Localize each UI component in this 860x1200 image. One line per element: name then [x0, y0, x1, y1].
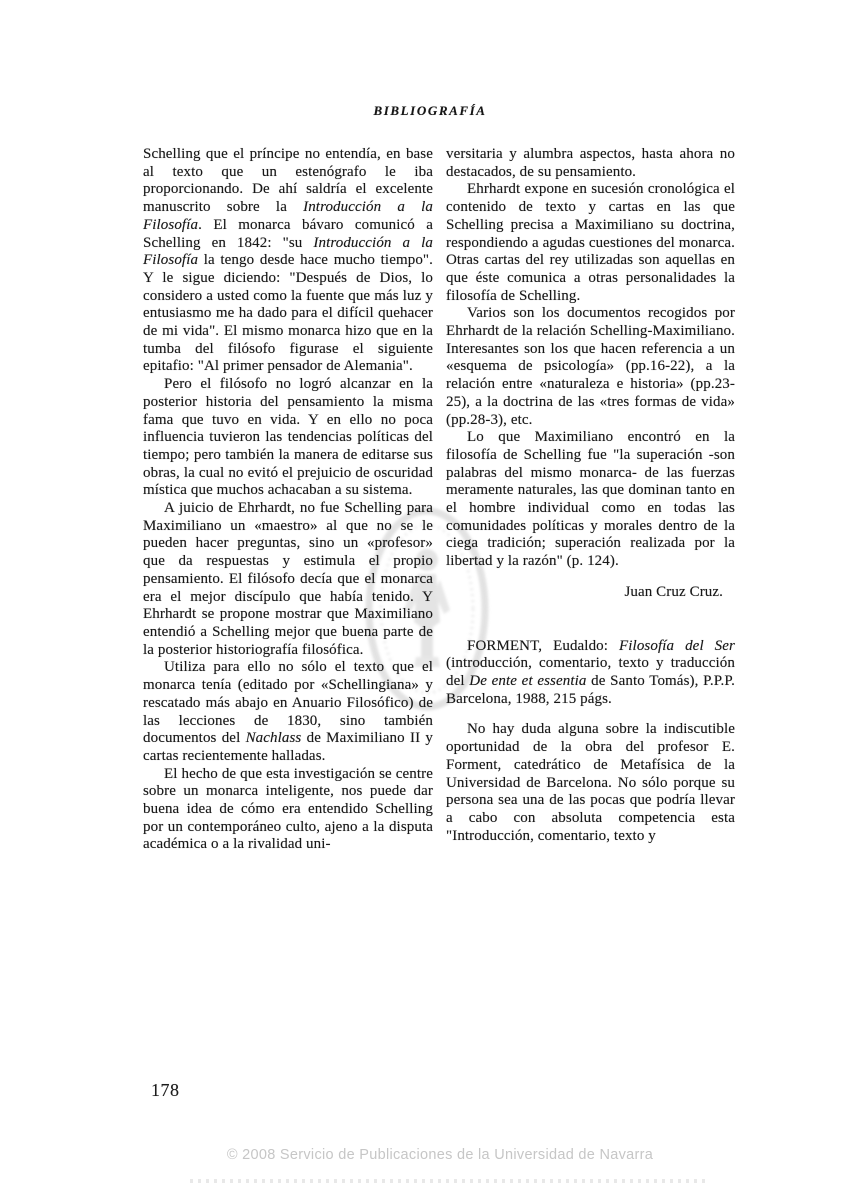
text-run: la tengo desde hace mucho tiempo". Y le …: [143, 252, 433, 374]
left-text-column: Schelling que el príncipe no entendía, e…: [143, 146, 433, 854]
italic-text: De ente et essentia: [469, 673, 586, 689]
paragraph: Utiliza para ello no sólo el texto que e…: [143, 659, 433, 765]
text-run: FORMENT, Eudaldo:: [467, 638, 619, 654]
author-signature: Juan Cruz Cruz.: [446, 584, 735, 602]
text-run: Varios son los documentos recogidos por …: [446, 305, 735, 427]
paragraph: A juicio de Ehrhardt, no fue Schelling p…: [143, 500, 433, 659]
text-run: Lo que Maximiliano encontró en la filoso…: [446, 429, 735, 569]
paragraph: Lo que Maximiliano encontró en la filoso…: [446, 429, 735, 571]
text-run: Pero el filósofo no logró alcanzar en la…: [143, 376, 433, 498]
text-run: No hay duda alguna sobre la indiscutible…: [446, 721, 735, 843]
paragraph: Varios son los documentos recogidos por …: [446, 305, 735, 429]
page-header-title: BIBLIOGRAFÍA: [0, 103, 860, 119]
text-run: versitaria y alumbra aspectos, hasta aho…: [446, 146, 735, 180]
paragraph: El hecho de que esta investigación se ce…: [143, 766, 433, 855]
paragraph: versitaria y alumbra aspectos, hasta aho…: [446, 146, 735, 181]
right-text-column: versitaria y alumbra aspectos, hasta aho…: [446, 146, 735, 845]
bibliography-entry: FORMENT, Eudaldo: Filosofía del Ser (int…: [446, 638, 735, 709]
text-run: Juan Cruz Cruz.: [624, 584, 723, 600]
text-run: A juicio de Ehrhardt, no fue Schelling p…: [143, 500, 433, 658]
italic-text: Filosofía del Ser: [619, 638, 735, 654]
italic-text: Nachlass: [246, 730, 302, 746]
paragraph: No hay duda alguna sobre la indiscutible…: [446, 721, 735, 845]
scanned-document-page: BIBLIOGRAFÍA Schelling que el príncipe n…: [0, 0, 860, 1200]
footer-faint-second-line: [190, 1179, 710, 1183]
paragraph: Schelling que el príncipe no entendía, e…: [143, 146, 433, 376]
paragraph: Pero el filósofo no logró alcanzar en la…: [143, 376, 433, 500]
text-run: Ehrhardt expone en sucesión cronológica …: [446, 181, 735, 303]
page-number: 178: [151, 1080, 180, 1101]
paragraph: Ehrhardt expone en sucesión cronológica …: [446, 181, 735, 305]
text-run: El hecho de que esta investigación se ce…: [143, 766, 433, 853]
copyright-watermark: © 2008 Servicio de Publicaciones de la U…: [0, 1147, 860, 1163]
